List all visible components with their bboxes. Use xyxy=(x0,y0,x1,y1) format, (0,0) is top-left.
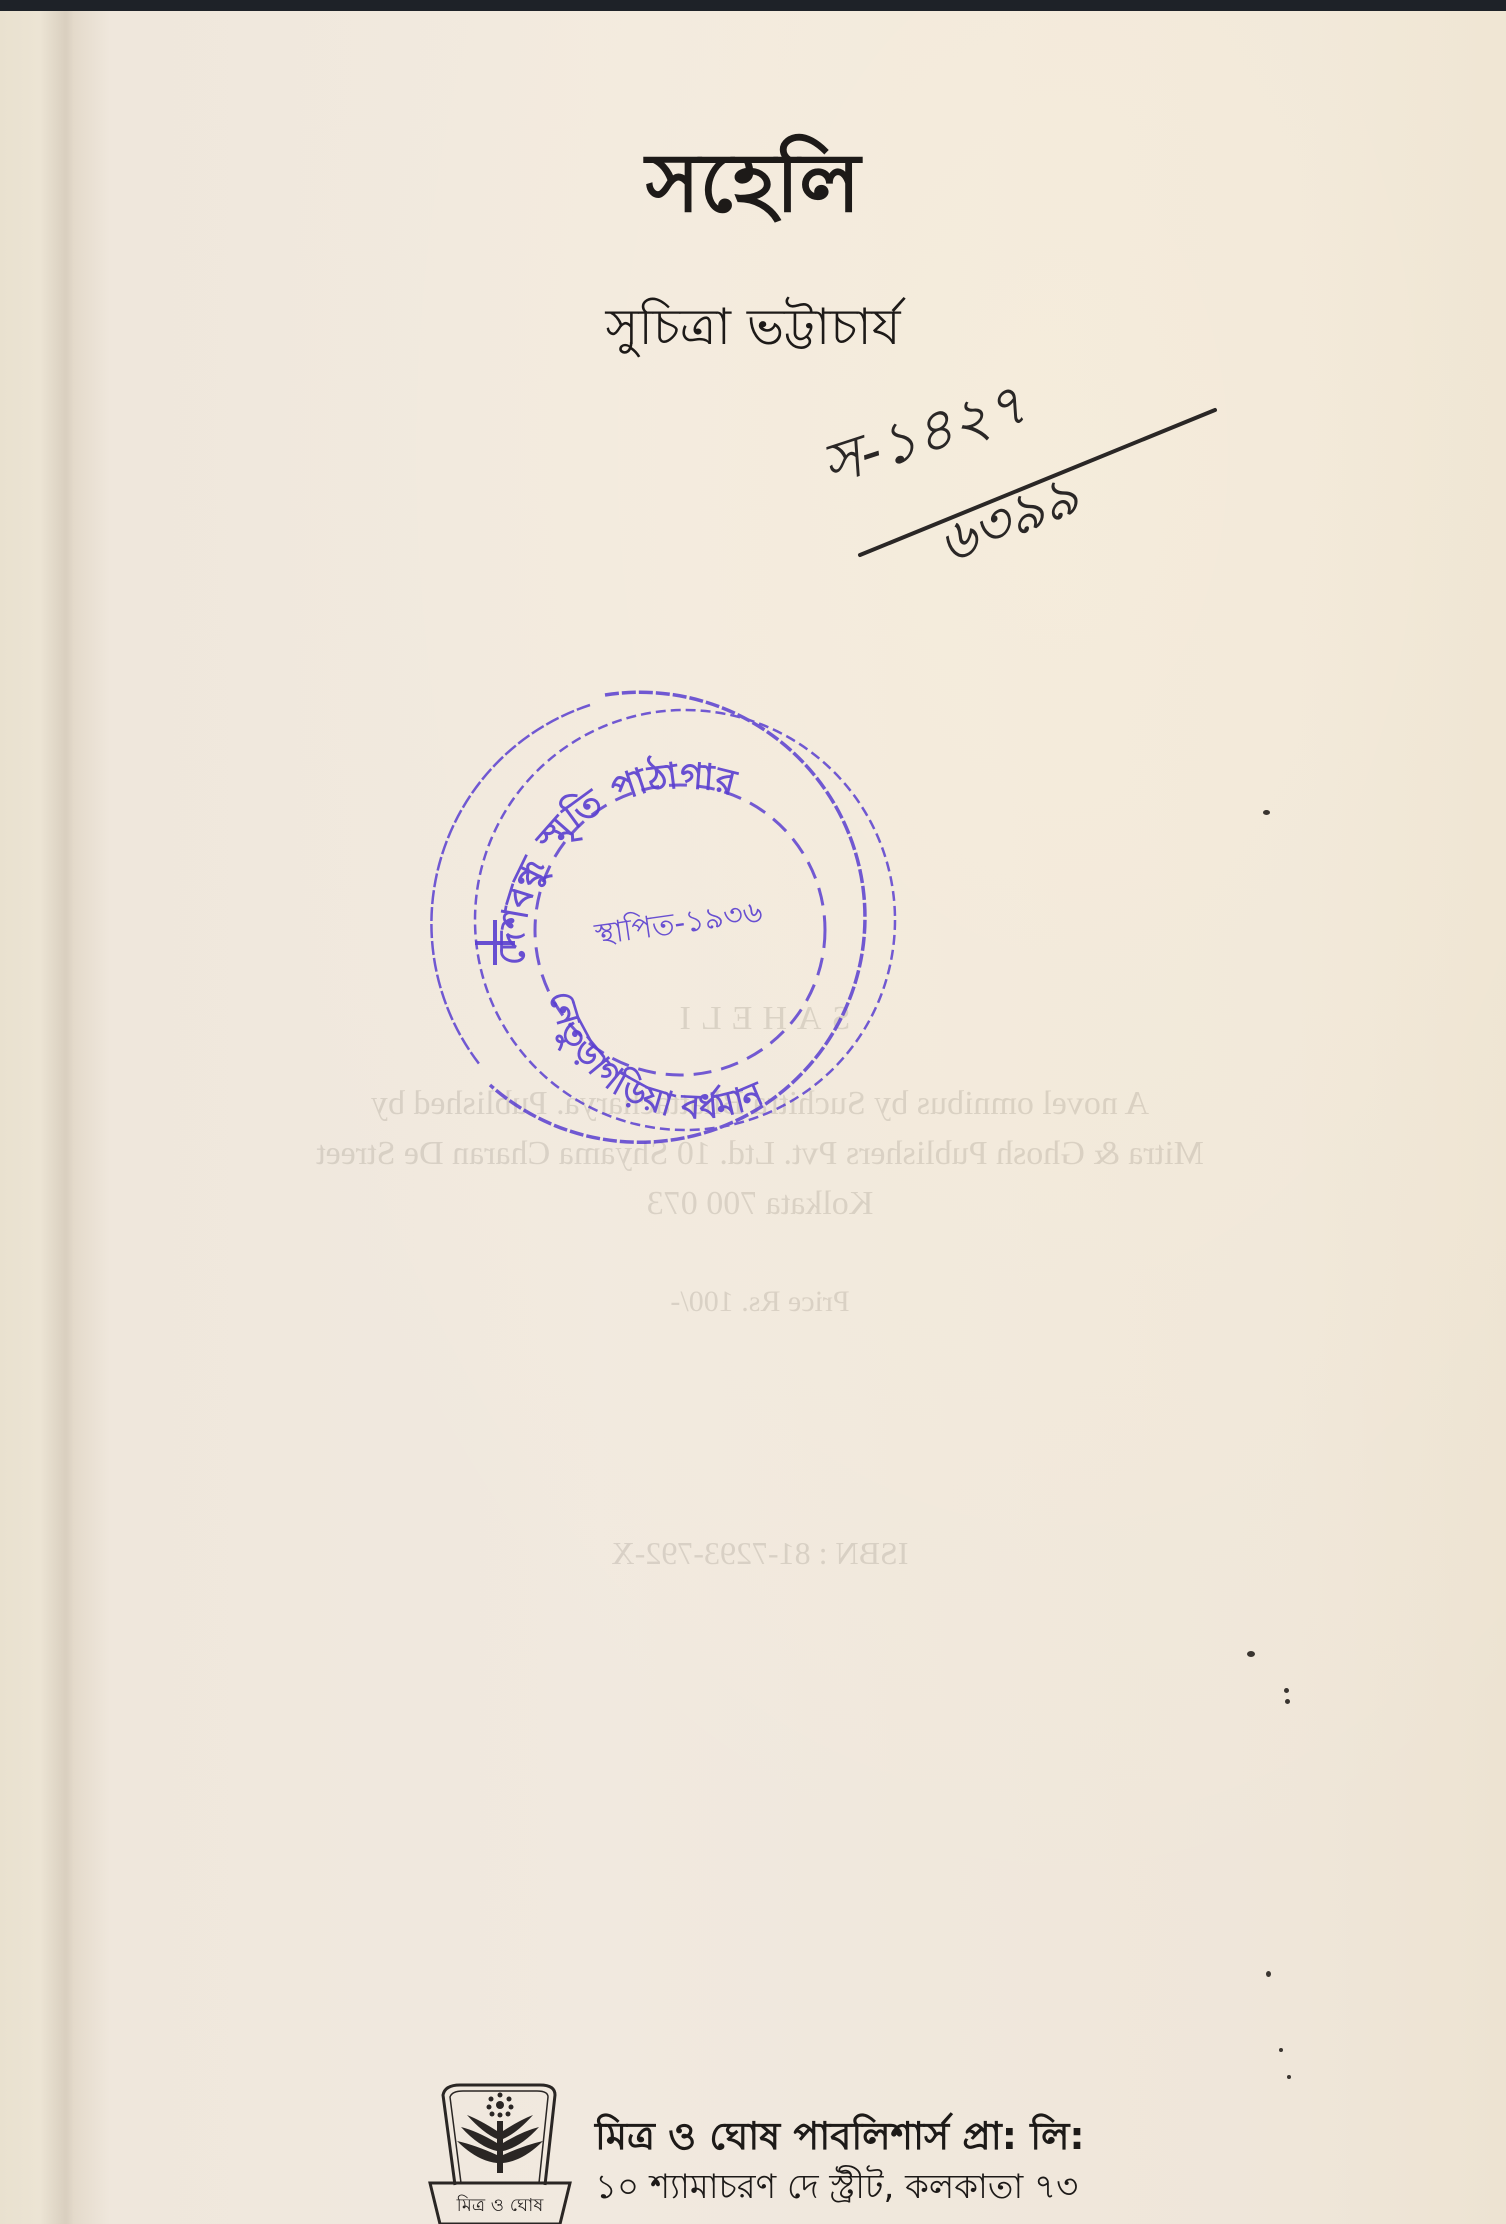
paper-speck xyxy=(1266,1971,1271,1977)
library-stamp: দেশবন্ধু স্মৃতি পাঠাগার নেতুড়াগড়িয়া ব… xyxy=(430,665,930,1165)
book-title: সহেলি xyxy=(0,120,1506,257)
paper-speck xyxy=(1284,1688,1289,1693)
publisher-block: মিত্র ও ঘোষ মিত্র ও ঘোষ পাবলিশার্স প্রা:… xyxy=(425,2075,1225,2224)
bleed-through-price: Price Rs. 100/- xyxy=(560,1285,960,1319)
svg-text:স্থাপিত-১৯৩৬: স্থাপিত-১৯৩৬ xyxy=(592,894,765,953)
book-author: সুচিত্রা ভট্টাচার্য xyxy=(0,290,1506,373)
bleed-through-isbn: ISBN : 81-7293-792-X xyxy=(460,1535,1060,1572)
paper-speck xyxy=(1285,1699,1290,1704)
paper-speck xyxy=(1263,810,1270,815)
publisher-address: ১০ শ্যামাচরণ দে স্ট্রীট, কলকাতা ৭৩ xyxy=(595,2161,1078,2218)
svg-text:মিত্র ও ঘোষ: মিত্র ও ঘোষ xyxy=(456,2195,545,2216)
paper-speck xyxy=(1247,1651,1255,1657)
svg-text:নেতুড়াগড়িয়া বর্ধমান: নেতুড়াগড়িয়া বর্ধমান xyxy=(540,986,770,1127)
bleed-through-line-3: Kolkata 700 073 xyxy=(560,1185,960,1223)
paper-speck xyxy=(1279,2048,1283,2052)
paper-speck xyxy=(1287,2075,1291,2079)
publisher-logo: মিত্র ও ঘোষ xyxy=(425,2075,575,2224)
scan-top-edge xyxy=(0,0,1506,11)
